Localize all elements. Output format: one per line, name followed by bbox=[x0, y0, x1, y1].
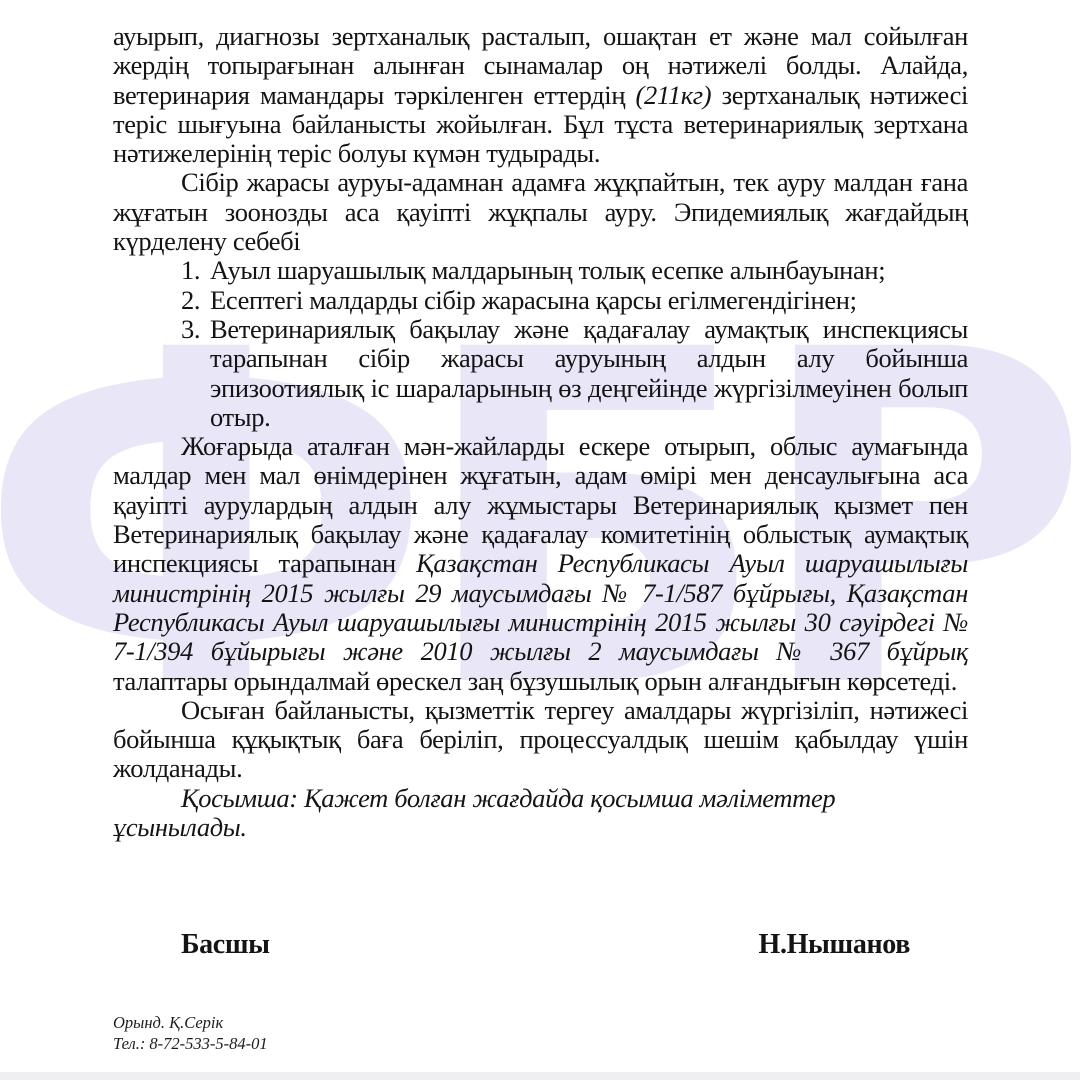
list-item-text: Ауыл шаруашылық малдарының толық есепке … bbox=[210, 255, 885, 285]
list-item-text: Есептегі малдарды сібір жарасына қарсы е… bbox=[210, 285, 857, 315]
document-page: ФБРК ауырып, диагнозы зертханалық растал… bbox=[0, 0, 1080, 1080]
list-item-number: 2. bbox=[181, 286, 200, 315]
numbered-list: 1. Ауыл шаруашылық малдарының толық есеп… bbox=[113, 256, 968, 432]
signature-title: Басшы bbox=[181, 930, 270, 959]
paragraph-lab-results: ауырып, диагнозы зертханалық расталып, о… bbox=[113, 22, 968, 168]
paragraph-anthrax-description: Сібір жарасы ауруы-адамнан адамға жұқпай… bbox=[113, 168, 968, 256]
list-item-number: 3. bbox=[181, 315, 200, 344]
paragraph-segment: талаптары орындалмай өрескел заң бұзушыл… bbox=[113, 666, 957, 696]
signature-row: Басшы Н.Нышанов bbox=[113, 930, 968, 959]
signature-name: Н.Нышанов bbox=[759, 930, 910, 959]
list-item-number: 1. bbox=[181, 256, 200, 285]
document-footer: Орынд. Қ.Серік Тел.: 8-72-533-5-84-01 bbox=[113, 1013, 268, 1054]
list-item: 2. Есептегі малдарды сібір жарасына қарс… bbox=[113, 286, 968, 315]
paragraph-conclusion: Осыған байланысты, қызметтік тергеу амал… bbox=[113, 696, 968, 784]
footer-executor: Орынд. Қ.Серік bbox=[113, 1013, 268, 1034]
paragraph-segment-italic-weight: (211кг) bbox=[636, 80, 712, 110]
appendix-note: Қосымша: Қажет болған жағдайда қосымша м… bbox=[113, 784, 968, 843]
paragraph-legal-violations: Жоғарыда аталған мән-жайларды ескере оты… bbox=[113, 432, 968, 696]
footer-phone: Тел.: 8-72-533-5-84-01 bbox=[113, 1034, 268, 1055]
list-item: 3. Ветеринариялық бақылау және қадағалау… bbox=[113, 315, 968, 432]
list-item-text: Ветеринариялық бақылау және қадағалау ау… bbox=[210, 314, 968, 432]
list-item: 1. Ауыл шаруашылық малдарының толық есеп… bbox=[113, 256, 968, 285]
bottom-edge-strip bbox=[0, 1072, 1080, 1080]
document-body: ауырып, диагнозы зертханалық расталып, о… bbox=[113, 22, 968, 960]
